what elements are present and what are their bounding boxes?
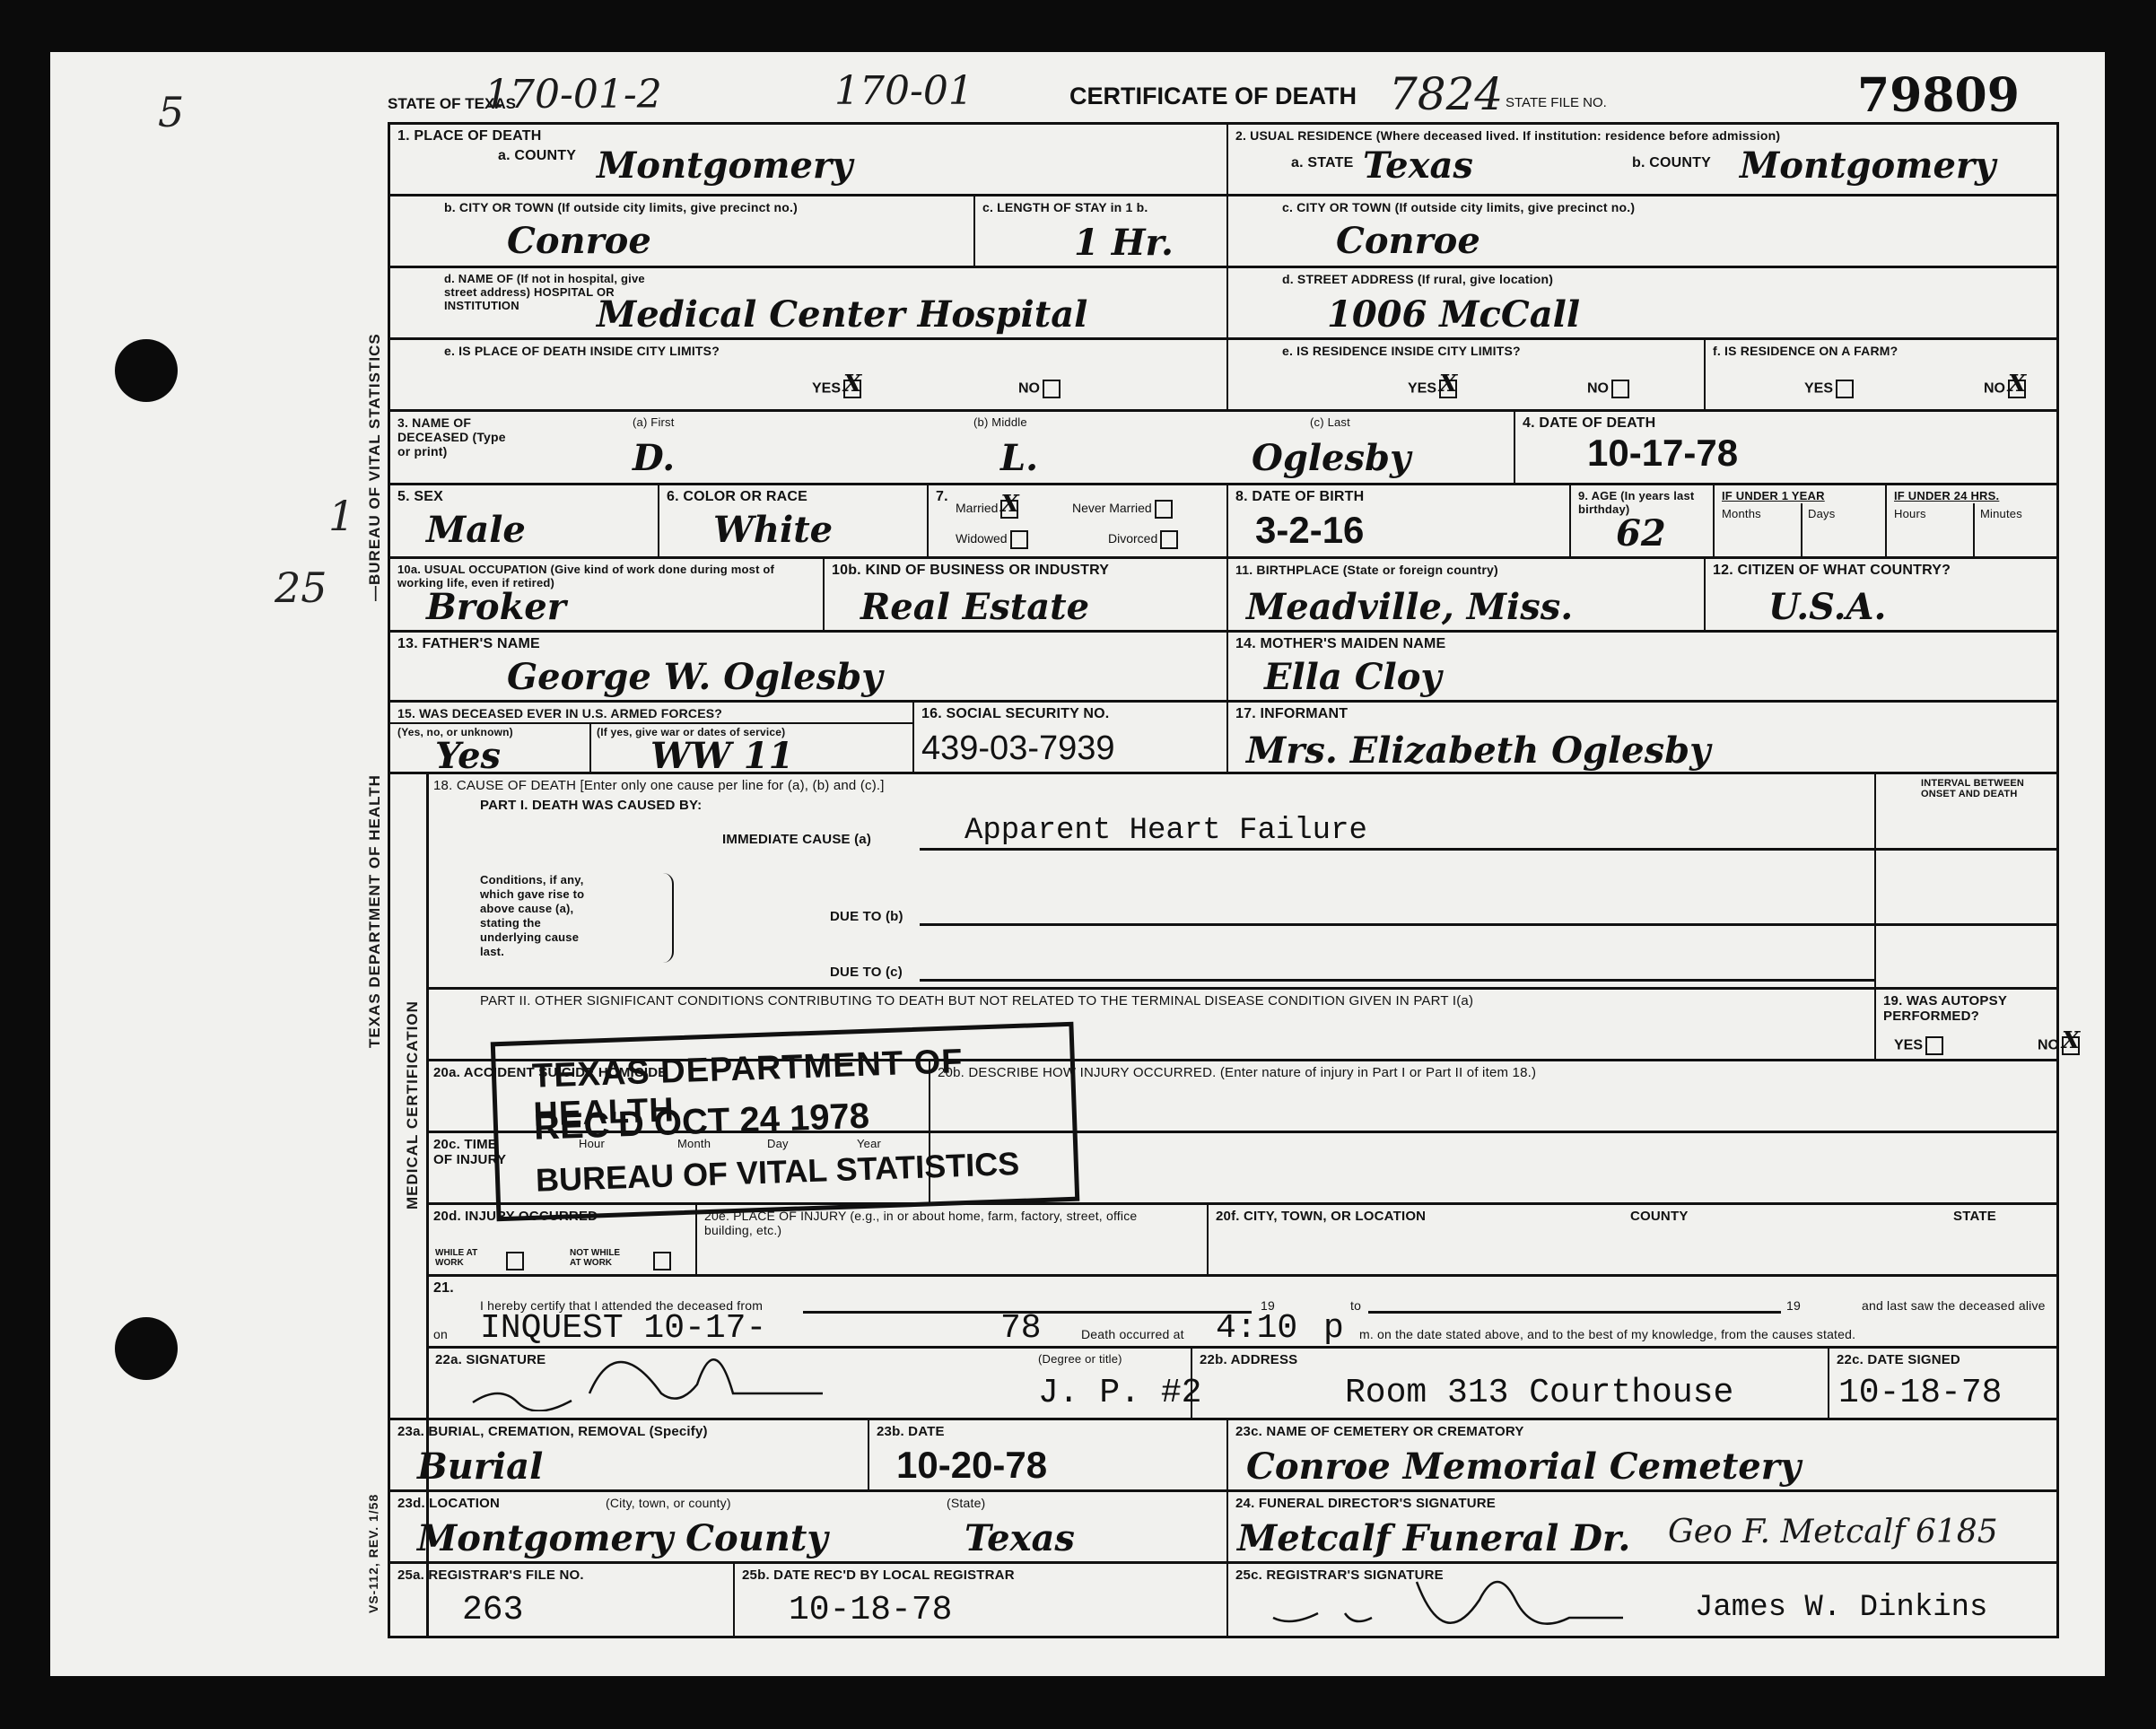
ssn-value: 439-03-7939: [921, 729, 1115, 768]
birthplace-value: Meadville, Miss.: [1246, 586, 1573, 628]
farm-no[interactable]: NO: [1984, 380, 2026, 398]
business-label: 10b. KIND OF BUSINESS OR INDUSTRY: [832, 563, 1109, 579]
row-cause-of-death: 18. CAUSE OF DEATH [Enter only one cause…: [426, 774, 2056, 990]
father-value: George W. Oglesby: [507, 656, 882, 698]
part2-label: PART II. OTHER SIGNIFICANT CONDITIONS CO…: [480, 993, 1473, 1009]
age-value: 62: [1616, 512, 1666, 555]
death-occurred-label: Death occurred at: [1081, 1327, 1184, 1341]
injury-city-label: 20f. CITY, TOWN, OR LOCATION: [1216, 1209, 1426, 1224]
checkbox[interactable]: [1836, 380, 1854, 398]
received-stamp: TEXAS DEPARTMENT OF HEALTH REC'D OCT 24 …: [491, 1022, 1080, 1222]
dob-value: 3-2-16: [1255, 509, 1364, 552]
certification-number: 21.: [433, 1280, 454, 1297]
burial-date-value: 10-20-78: [896, 1444, 1047, 1487]
due-to-b-label: DUE TO (b): [830, 909, 903, 924]
citizen-label: 12. CITIZEN OF WHAT COUNTRY?: [1713, 563, 1951, 579]
row-registrar: 25a. REGISTRAR'S FILE NO. 263 25b. DATE …: [390, 1564, 2056, 1636]
checkbox[interactable]: [1043, 380, 1061, 398]
checkbox[interactable]: [1611, 380, 1629, 398]
part1-label: PART I. DEATH WAS CAUSED BY:: [480, 798, 702, 813]
business-value: Real Estate: [860, 586, 1089, 628]
residence-county-value: Montgomery: [1740, 144, 1995, 187]
checkbox-checked[interactable]: [1000, 500, 1018, 519]
funeral-director-signature: Geo F. Metcalf 6185: [1668, 1514, 1998, 1550]
location-state-sub-label: (State): [947, 1496, 985, 1510]
checkbox[interactable]: [1155, 500, 1173, 519]
marital-label: 7.: [936, 489, 948, 505]
side-label-bureau: —BUREAU OF VITAL STATISTICS: [366, 333, 384, 601]
date-of-death-value: 10-17-78: [1587, 432, 1738, 475]
stamp-line3: BUREAU OF VITAL STATISTICS: [535, 1145, 1019, 1200]
nineteen-label-2: 19: [1786, 1298, 1801, 1313]
checkbox-checked[interactable]: [843, 380, 861, 398]
registrar-date-label: 25b. DATE REC'D BY LOCAL REGISTRAR: [742, 1567, 1015, 1583]
row-hospital: d. NAME OF (If not in hospital, give str…: [390, 268, 2056, 340]
mother-value: Ella Cloy: [1264, 656, 1442, 698]
last-name-label: (c) Last: [1310, 415, 1350, 429]
location-value: Montgomery County: [417, 1517, 828, 1559]
handwritten-number: 7824: [1389, 68, 1503, 120]
residence-street-value: 1006 McCall: [1327, 293, 1580, 336]
under-year-label: IF UNDER 1 YEAR: [1722, 489, 1825, 502]
hours-label: Hours: [1894, 507, 1926, 520]
marital-married[interactable]: Married: [956, 500, 1018, 519]
to-label: to: [1350, 1298, 1361, 1313]
row-certification: 21. I hereby certify that I attended the…: [426, 1277, 2056, 1349]
location-label: 23d. LOCATION: [397, 1496, 500, 1511]
death-time-value: 4:10: [1216, 1309, 1297, 1348]
race-value: White: [713, 509, 833, 551]
minutes-label: Minutes: [1980, 507, 2022, 520]
immediate-cause-label: IMMEDIATE CAUSE (a): [722, 832, 871, 847]
immediate-cause-value: Apparent Heart Failure: [965, 814, 1367, 848]
death-ampm-value: p: [1323, 1309, 1344, 1348]
side-label-department: TEXAS DEPARTMENT OF HEALTH: [366, 774, 384, 1048]
last-name-value: Oglesby: [1252, 437, 1410, 479]
not-while-at-work[interactable]: NOT WHILE AT WORK: [570, 1248, 633, 1268]
birthplace-label: 11. BIRTHPLACE (State or foreign country…: [1235, 563, 1498, 577]
row-armed-forces: 15. WAS DECEASED EVER IN U.S. ARMED FORC…: [390, 703, 2056, 774]
autopsy-no[interactable]: NO: [2038, 1036, 2080, 1055]
state-file-number: 79809: [1857, 68, 2020, 123]
place-of-injury-label: 20e. PLACE OF INJURY (e.g., in or about …: [704, 1209, 1189, 1237]
middle-name-value: L.: [1000, 437, 1038, 479]
checkbox-checked[interactable]: [1439, 380, 1457, 398]
degree-label: (Degree or title): [1038, 1352, 1122, 1366]
registrar-name-value: James W. Dinkins: [1695, 1591, 1987, 1625]
mother-label: 14. MOTHER'S MAIDEN NAME: [1235, 636, 1445, 652]
occupation-value: Broker: [426, 586, 566, 628]
place-of-death-label: 1. PLACE OF DEATH: [397, 128, 541, 144]
months-label: Months: [1722, 507, 1761, 520]
registrar-file-label: 25a. REGISTRAR'S FILE NO.: [397, 1567, 584, 1583]
row-location: 23d. LOCATION (City, town, or county) (S…: [390, 1492, 2056, 1564]
row-parents: 13. FATHER'S NAME George W. Oglesby 14. …: [390, 633, 2056, 703]
funeral-director-label: 24. FUNERAL DIRECTOR'S SIGNATURE: [1235, 1496, 1496, 1511]
certification-text3: m. on the date stated above, and to the …: [1359, 1327, 1855, 1341]
checkbox[interactable]: [653, 1252, 671, 1271]
residence-inside-limits-label: e. IS RESIDENCE INSIDE CITY LIMITS?: [1282, 344, 1521, 358]
residence-inside-limits-yes[interactable]: YES: [1408, 380, 1457, 398]
hospital-value: Medical Center Hospital: [597, 293, 1087, 336]
farm-label: f. IS RESIDENCE ON A FARM?: [1713, 344, 1898, 358]
marital-never-married[interactable]: Never Married: [1072, 500, 1173, 519]
race-label: 6. COLOR OR RACE: [667, 489, 807, 505]
death-city-value: Conroe: [507, 220, 651, 262]
date-signed-label: 22c. DATE SIGNED: [1837, 1352, 1960, 1367]
sex-label: 5. SEX: [397, 489, 443, 505]
punch-hole-bottom: [115, 1317, 178, 1380]
margin-note-1: 5: [158, 88, 184, 136]
checkbox-checked[interactable]: [2062, 1036, 2080, 1055]
interval-label: INTERVAL BETWEEN ONSET AND DEATH: [1921, 778, 2038, 799]
row-burial: 23a. BURIAL, CREMATION, REMOVAL (Specify…: [390, 1420, 2056, 1492]
checkbox[interactable]: [1010, 530, 1028, 549]
funeral-director-value: Metcalf Funeral Dr.: [1237, 1517, 1630, 1559]
location-state-value: Texas: [965, 1517, 1075, 1559]
row-injury-place: 20d. INJURY OCCURRED WHILE AT WORK NOT W…: [426, 1205, 2056, 1277]
row-city: b. CITY OR TOWN (If outside city limits,…: [390, 196, 2056, 268]
first-name-label: (a) First: [633, 415, 675, 429]
while-at-work[interactable]: WHILE AT WORK: [435, 1248, 489, 1268]
residence-city-label: c. CITY OR TOWN (If outside city limits,…: [1282, 200, 1635, 214]
on-label: on: [433, 1327, 448, 1341]
row-city-limits: e. IS PLACE OF DEATH INSIDE CITY LIMITS?…: [390, 340, 2056, 412]
death-inside-limits-no[interactable]: NO: [1018, 380, 1061, 398]
county-label: a. COUNTY: [498, 148, 576, 164]
autopsy-yes[interactable]: YES: [1894, 1036, 1943, 1055]
location-sub-label: (City, town, or county): [606, 1496, 731, 1510]
residence-inside-limits-no[interactable]: NO: [1587, 380, 1629, 398]
under-day-label: IF UNDER 24 HRS.: [1894, 489, 1999, 502]
checkbox-checked[interactable]: [2008, 380, 2026, 398]
dob-label: 8. DATE OF BIRTH: [1235, 489, 1364, 505]
address-value: Room 313 Courthouse: [1345, 1374, 1733, 1412]
sex-value: Male: [426, 509, 526, 551]
residence-state-value: Texas: [1363, 144, 1473, 187]
row-name: 3. NAME OF DECEASED (Type or print) (a) …: [390, 412, 2056, 485]
days-label: Days: [1808, 507, 1835, 520]
conditions-note: Conditions, if any, which gave rise to a…: [480, 873, 597, 959]
middle-name-label: (b) Middle: [973, 415, 1027, 429]
death-inside-limits-label: e. IS PLACE OF DEATH INSIDE CITY LIMITS?: [444, 344, 720, 358]
registrar-date-value: 10-18-78: [789, 1591, 952, 1629]
residence-state-label: a. STATE: [1291, 155, 1353, 171]
margin-note-2: 1: [328, 492, 354, 540]
armed-forces-label: 15. WAS DECEASED EVER IN U.S. ARMED FORC…: [397, 706, 722, 720]
row-place-county: 1. PLACE OF DEATH a. COUNTY Montgomery 2…: [390, 125, 2056, 196]
registrar-file-value: 263: [462, 1591, 523, 1629]
attended-year-value: 78: [1000, 1309, 1042, 1348]
certifier-signature: [464, 1340, 912, 1411]
ssn-label: 16. SOCIAL SECURITY NO.: [921, 706, 1109, 722]
death-county-value: Montgomery: [597, 144, 852, 187]
length-of-stay-label: c. LENGTH OF STAY in 1 b.: [982, 200, 1162, 214]
certification-text2: and last saw the deceased alive: [1862, 1298, 2046, 1313]
death-inside-limits-yes[interactable]: YES: [812, 380, 861, 398]
checkbox[interactable]: [1925, 1036, 1943, 1055]
date-signed-value: 10-18-78: [1838, 1374, 2002, 1412]
cause-label: 18. CAUSE OF DEATH [Enter only one cause…: [433, 778, 885, 793]
registrar-signature: [1264, 1564, 1641, 1636]
war-service-value: WW 11: [650, 735, 793, 777]
due-to-c-label: DUE TO (c): [830, 965, 903, 980]
degree-value: J. P. #2: [1038, 1374, 1201, 1412]
checkbox[interactable]: [1160, 530, 1178, 549]
handwritten-code-2: 170-01: [834, 68, 973, 114]
certificate-form: 1. PLACE OF DEATH a. COUNTY Montgomery 2…: [388, 122, 2059, 1638]
armed-forces-value: Yes: [435, 735, 501, 777]
cemetery-label: 23c. NAME OF CEMETERY OR CREMATORY: [1235, 1424, 1524, 1439]
burial-label: 23a. BURIAL, CREMATION, REMOVAL (Specify…: [397, 1424, 708, 1439]
informant-value: Mrs. Elizabeth Oglesby: [1246, 729, 1710, 772]
margin-note-3: 25: [275, 563, 327, 612]
punch-hole-top: [115, 339, 178, 402]
state-file-label: STATE FILE NO.: [1506, 95, 1607, 110]
address-label: 22b. ADDRESS: [1200, 1352, 1297, 1367]
cemetery-value: Conroe Memorial Cemetery: [1246, 1445, 1801, 1488]
certificate-title: CERTIFICATE OF DEATH: [1069, 83, 1357, 110]
farm-yes[interactable]: YES: [1804, 380, 1854, 398]
row-demographics: 5. SEX Male 6. COLOR OR RACE White 7. Ma…: [390, 485, 2056, 559]
checkbox[interactable]: [506, 1252, 524, 1271]
handwritten-code-1: 170-01-2: [484, 72, 662, 118]
length-of-stay-value: 1 Hr.: [1074, 222, 1174, 264]
citizen-value: U.S.A.: [1768, 586, 1886, 628]
row-signature: 22a. SIGNATURE (Degree or title) J. P. #…: [390, 1349, 2056, 1420]
first-name-value: D.: [633, 437, 675, 479]
marital-widowed[interactable]: Widowed: [956, 530, 1028, 549]
injury-county-label: COUNTY: [1630, 1209, 1689, 1224]
row-occupation: 10a. USUAL OCCUPATION (Give kind of work…: [390, 559, 2056, 633]
father-label: 13. FATHER'S NAME: [397, 636, 540, 652]
burial-date-label: 23b. DATE: [877, 1424, 945, 1439]
residence-street-label: d. STREET ADDRESS (If rural, give locati…: [1282, 272, 1553, 286]
injury-state-label: STATE: [1953, 1209, 1996, 1224]
informant-label: 17. INFORMANT: [1235, 706, 1348, 722]
burial-value: Burial: [417, 1445, 543, 1488]
marital-divorced[interactable]: Divorced: [1108, 530, 1178, 549]
side-label-form-rev: VS-112, REV. 1/58: [366, 1494, 380, 1613]
date-of-death-label: 4. DATE OF DEATH: [1523, 415, 1655, 432]
residence-city-value: Conroe: [1336, 220, 1480, 262]
death-city-label: b. CITY OR TOWN (If outside city limits,…: [444, 200, 798, 214]
usual-residence-label: 2. USUAL RESIDENCE (Where deceased lived…: [1235, 128, 1780, 143]
autopsy-label: 19. WAS AUTOPSY PERFORMED?: [1883, 993, 2063, 1024]
residence-county-label: b. COUNTY: [1632, 155, 1711, 171]
deceased-name-label: 3. NAME OF DECEASED (Type or print): [397, 415, 514, 458]
